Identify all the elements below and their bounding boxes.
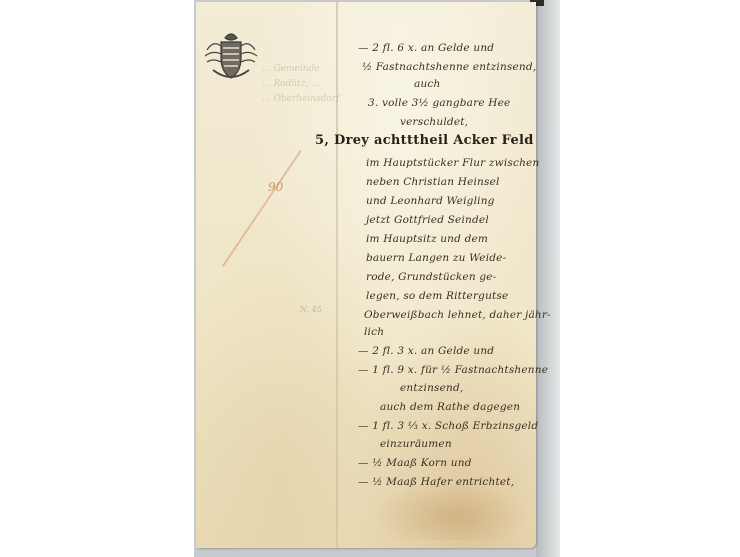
text-line: Oberweißbach lehnet, daher jähr- <box>364 309 551 321</box>
coat-of-arms-icon <box>203 30 259 82</box>
text-line: legen, so dem Rittergutse <box>366 290 508 302</box>
text-line: rode, Grundstücken ge- <box>366 271 496 283</box>
text-line: einzuräumen <box>380 438 452 450</box>
section-heading: 5, Drey achtttheil Acker Feld <box>315 133 534 148</box>
red-margin-number: 90 <box>268 180 283 194</box>
text-line: bauern Langen zu Weide- <box>366 252 506 264</box>
text-line: — 1 fl. 3 ⅓ x. Schoß Erbzinsgeld <box>358 420 538 432</box>
water-stain <box>370 480 530 540</box>
text-line: neben Christian Heinsel <box>366 176 500 188</box>
text-line: — 1 fl. 9 x. für ½ Fastnachtshenne <box>358 364 548 376</box>
ghost-line: ... Gemeinde <box>262 62 342 77</box>
ghost-line: ... Rodlitz, ... <box>262 77 342 92</box>
faded-marginal-text: ... Gemeinde ... Rodlitz, ... ... Oberhe… <box>262 62 342 107</box>
text-line: auch <box>414 78 440 90</box>
text-line: entzinsend, <box>400 382 463 394</box>
text-line: jetzt Gottfried Seindel <box>366 214 489 226</box>
text-line: lich <box>364 326 384 338</box>
text-line: — 2 fl. 6 x. an Gelde und <box>358 42 494 54</box>
text-line: ½ Fastnachtshenne entzinsend, <box>362 61 536 73</box>
text-line: 3. volle 3½ gangbare Hee <box>368 97 510 109</box>
ghost-line: ... Oberheinsdorf <box>262 92 342 107</box>
text-line: — 2 fl. 3 x. an Gelde und <box>358 345 494 357</box>
text-line: — ½ Maaß Hafer entrichtet, <box>358 476 514 488</box>
page-edge-shadow <box>536 0 560 557</box>
text-line: verschuldet, <box>400 116 468 128</box>
text-line: im Hauptsitz und dem <box>366 233 488 245</box>
text-line: und Leonhard Weigling <box>366 195 495 207</box>
text-line: — ½ Maaß Korn und <box>358 457 472 469</box>
text-line: auch dem Rathe dagegen <box>380 401 520 413</box>
text-line: im Hauptstücker Flur zwischen <box>366 157 539 169</box>
pencil-margin-note: N. 45 <box>300 305 322 314</box>
